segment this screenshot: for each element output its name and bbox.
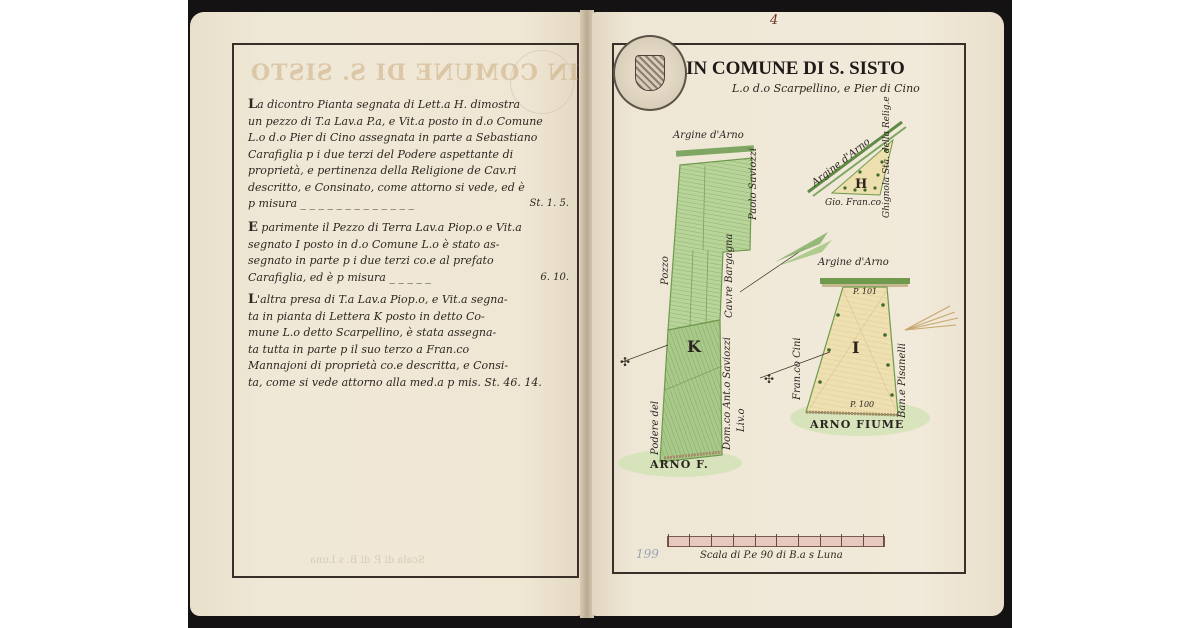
svg-text:✣: ✣ [764, 372, 774, 386]
label-gio-fran: Gio. Fran.co [825, 198, 881, 208]
parcel-k-letter: K [687, 337, 701, 356]
label-livo: Liv.o [736, 408, 747, 432]
scale-bar [667, 536, 885, 547]
parcel-h-letter: H [855, 177, 867, 192]
cadastral-map: ✣ ✣ [0, 0, 1200, 628]
label-pozzo: Pozzo [660, 256, 671, 285]
label-ban-pisanelli: Ban.e Pisanelli [897, 343, 908, 418]
label-p-100: P. 100 [850, 400, 874, 409]
parcel-i-letter: I [852, 338, 859, 357]
svg-text:✣: ✣ [620, 355, 630, 369]
label-argine-i: Argine d'Arno [818, 257, 889, 268]
label-cav-bargagna: Cav.re Bargagna [724, 234, 735, 318]
wheat-sheaf-icon [905, 306, 958, 330]
page-number: 199 [636, 547, 659, 561]
label-arno-fiume: ARNO FIUME [810, 418, 904, 431]
label-dom-ant-saviozzi: Dom.co Ant.o Saviozzi [722, 337, 733, 450]
label-arno-f: ARNO F. [650, 458, 709, 471]
scale-label: Scala di P.e 90 di B.a s Luna [700, 550, 843, 561]
label-ghignola: Ghignola Sta. della Relig.e [882, 96, 892, 218]
label-paolo-saviozzi: Paolo Saviozzi [748, 148, 759, 220]
label-podere-del: Podere del [650, 401, 661, 455]
label-argine-k: Argine d'Arno [673, 130, 744, 141]
label-fran-cini: Fran.co Cini [792, 337, 803, 400]
label-p-101: P. 101 [853, 287, 877, 296]
